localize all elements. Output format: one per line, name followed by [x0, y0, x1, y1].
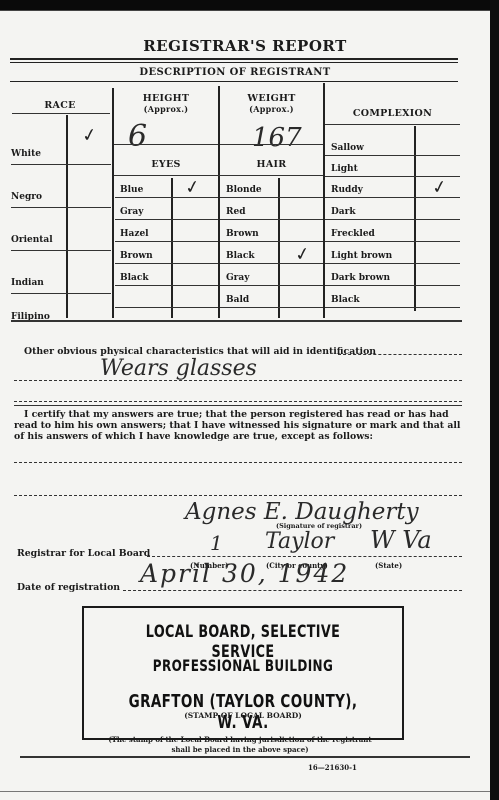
eyes-option-blue: Blue: [120, 185, 143, 195]
section-rule: [14, 405, 462, 406]
hair-header: HAIR: [220, 159, 323, 170]
stamp-caption: (STAMP OF LOCAL BOARD): [84, 711, 402, 720]
stamp-line-2: PROFESSIONAL BUILDING: [124, 656, 363, 675]
complexion-option-dark: Dark: [331, 207, 356, 217]
complexion-option-light-brown: Light brown: [331, 251, 392, 261]
document-title: REGISTRAR'S REPORT: [0, 37, 490, 55]
footer-rule: [20, 756, 470, 758]
eyes-rule: [115, 241, 218, 242]
race-option-indian: Indian: [11, 278, 44, 288]
local-board-stamp: LOCAL BOARD, SELECTIVE SERVICE PROFESSIO…: [82, 606, 404, 740]
other-characteristics-dots: [338, 354, 462, 355]
hair-rule: [220, 263, 323, 264]
eyes-option-hazel: Hazel: [120, 229, 149, 239]
hair-rule: [220, 197, 323, 198]
eyes-rule: [115, 307, 218, 308]
race-rule: [11, 250, 111, 251]
title-rule: [10, 58, 458, 60]
section-subtitle: DESCRIPTION OF REGISTRANT: [0, 67, 470, 78]
other-characteristics-line-2: [14, 401, 462, 402]
complexion-option-ruddy: Ruddy: [331, 185, 363, 195]
race-option-negro: Negro: [11, 192, 42, 202]
height-value: 6: [128, 119, 147, 154]
subtitle-rule: [10, 81, 458, 82]
eyes-header: EYES: [114, 159, 218, 170]
state-caption: (State): [375, 561, 402, 570]
eyes-rule: [115, 263, 218, 264]
registration-date-label: Date of registration: [17, 582, 120, 593]
registrar-report-card: REGISTRAR'S REPORT DESCRIPTION OF REGIST…: [0, 10, 490, 800]
hair-option-blonde: Blonde: [226, 185, 262, 195]
board-state: W Va: [370, 526, 432, 554]
race-header-rule: [12, 113, 110, 114]
complexion-option-black: Black: [331, 295, 360, 305]
complexion-rule: [325, 307, 460, 308]
complexion-option-freckled: Freckled: [331, 229, 375, 239]
hair-option-gray: Gray: [226, 273, 250, 283]
complexion-option-light: Light: [331, 164, 358, 174]
registration-date-value: April 30, 1942: [140, 559, 349, 588]
registrar-board-label: Registrar for Local Board: [17, 548, 150, 559]
hair-option-red: Red: [226, 207, 246, 217]
stamp-instruction-2: shall be placed in the above space): [60, 745, 420, 754]
weight-label: WEIGHT: [220, 93, 323, 104]
complexion-rule: [325, 263, 460, 264]
other-characteristics-value: Wears glasses: [100, 356, 257, 381]
eyes-option-black: Black: [120, 273, 149, 283]
weight-rule: [220, 144, 323, 145]
form-number: 16—21630-1: [308, 763, 357, 772]
height-rule: [114, 144, 218, 145]
complexion-rule: [325, 285, 460, 286]
registration-date-line: [123, 590, 462, 591]
weight-header: WEIGHT (Approx.): [220, 93, 323, 115]
weight-approx: (Approx.): [220, 104, 323, 115]
registrar-board-line: [147, 556, 462, 557]
complexion-rule: [325, 197, 460, 198]
col-sep-race-height: [112, 88, 114, 318]
board-city-county: Taylor: [265, 529, 334, 554]
height-label: HEIGHT: [114, 93, 218, 104]
race-check-col: [66, 115, 68, 318]
certification-text: I certify that my answers are true; that…: [14, 409, 464, 442]
board-number: 1: [210, 531, 223, 555]
eyes-rule: [115, 285, 218, 286]
hair-option-bald: Bald: [226, 295, 249, 305]
scan-right-edge: [490, 0, 499, 800]
table-bottom-rule: [11, 320, 462, 322]
hair-check-col: [278, 178, 280, 318]
race-rule: [11, 164, 111, 165]
complexion-option-sallow: Sallow: [331, 143, 364, 153]
eyes-rule: [115, 219, 218, 220]
bottom-edge-rule: [0, 791, 490, 792]
race-rule: [11, 207, 111, 208]
eyes-check-col: [171, 178, 173, 318]
hair-option-brown: Brown: [226, 229, 259, 239]
eyes-hair-header-rule: [114, 175, 323, 176]
hair-option-black: Black: [226, 251, 255, 261]
height-header: HEIGHT (Approx.): [114, 93, 218, 115]
race-rule: [11, 293, 111, 294]
complexion-rule: [325, 155, 460, 156]
race-header: RACE: [10, 100, 110, 111]
eyes-option-brown: Brown: [120, 251, 153, 261]
complexion-header: COMPLEXION: [325, 108, 460, 119]
exceptions-line-2: [14, 495, 462, 496]
eyes-option-gray: Gray: [120, 207, 144, 217]
complexion-rule: [325, 219, 460, 220]
height-approx: (Approx.): [114, 104, 218, 115]
complexion-option-dark-brown: Dark brown: [331, 273, 390, 283]
title-rule-thin: [10, 62, 458, 63]
weight-value: 167: [252, 123, 302, 153]
race-option-oriental: Oriental: [11, 235, 53, 245]
race-white-check-icon: ✓: [80, 124, 99, 147]
other-characteristics-line-1: [14, 380, 462, 381]
race-option-white: White: [11, 149, 41, 159]
exceptions-line-1: [14, 462, 462, 463]
hair-rule: [220, 307, 323, 308]
complexion-rule: [325, 241, 460, 242]
hair-rule: [220, 219, 323, 220]
complexion-ruddy-check-icon: ✓: [430, 176, 449, 199]
col-sep-height-weight: [218, 86, 220, 318]
stamp-instruction-1: (The stamp of the Local Board having jur…: [60, 735, 420, 744]
complexion-header-rule: [325, 124, 460, 125]
hair-rule: [220, 285, 323, 286]
eyes-rule: [115, 197, 218, 198]
eyes-blue-check-icon: ✓: [183, 176, 202, 199]
